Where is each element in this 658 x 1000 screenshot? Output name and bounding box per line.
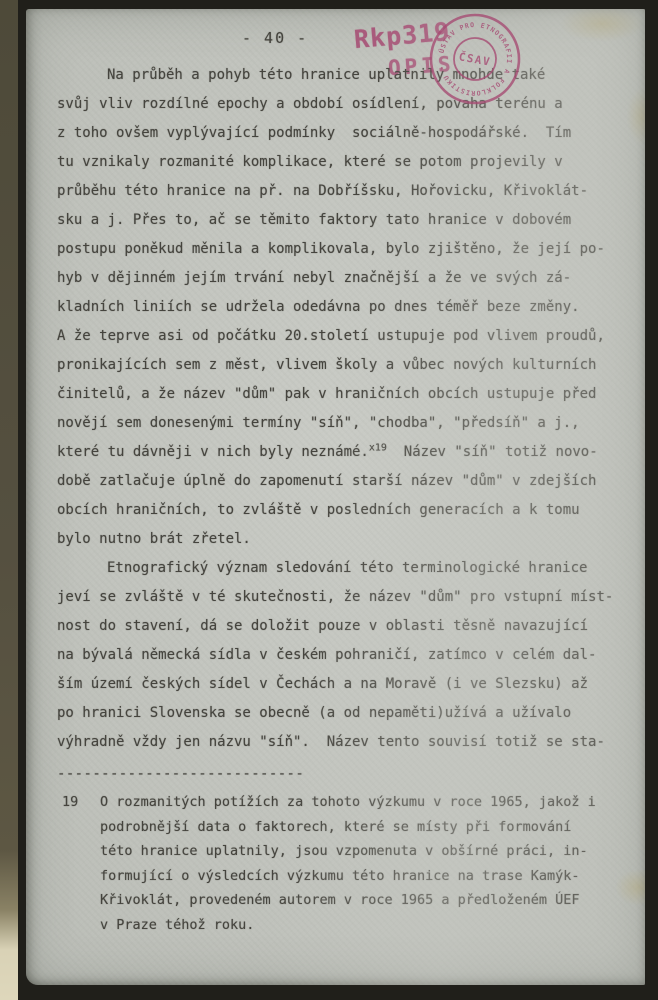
body-line: jeví se zvláště v té skutečnosti, že náz…: [57, 583, 623, 612]
body-line: postupu poněkud měnila a komplikovala, b…: [57, 235, 623, 264]
line-text: na bývalá německá sídla v českém pohrani…: [57, 647, 596, 663]
line-text: době zatlačuje úplně do zapomenutí starš…: [57, 473, 596, 489]
body-line: na bývalá německá sídla v českém pohrani…: [57, 641, 623, 670]
line-text: z toho ovšem vyplývající podmínky sociál…: [57, 125, 571, 141]
footnote-separator: ----------------------------: [57, 766, 304, 782]
footnote-line: Křivoklát, provedeném autorem v roce 196…: [100, 888, 632, 913]
body-line: výhradně vždy jen názvu "síň". Název ten…: [57, 728, 623, 757]
body-line: které tu dávněji v nich byly neznámé.x19…: [57, 438, 623, 467]
footnote-text: O rozmanitých potížích za tohoto výzkumu…: [100, 790, 632, 937]
line-text: bylo nutno brát zřetel.: [57, 531, 251, 547]
page-number: - 40 -: [242, 29, 308, 47]
footnote-reference-superscript: x19: [369, 442, 387, 453]
body-line: pronikajících sem z měst, vlivem školy a…: [57, 351, 623, 380]
body-line: sku a j. Přes to, ač se těmito faktory t…: [57, 206, 623, 235]
body-line: po hranici Slovenska se obecně (a od nep…: [57, 699, 623, 728]
body-line: době zatlačuje úplně do zapomenutí starš…: [57, 467, 623, 496]
line-text: Etnografický význam sledování této termi…: [107, 560, 587, 576]
body-line: činitelů, a že název "dům" pak v hraničn…: [57, 380, 623, 409]
body-line: obcích hraničních, to zvláště v poslední…: [57, 496, 623, 525]
body-line: kladních liniích se udržela odedávna po …: [57, 293, 623, 322]
line-text: kladních liniích se udržela odedávna po …: [57, 299, 580, 315]
body-line: z toho ovšem vyplývající podmínky sociál…: [57, 119, 623, 148]
line-text: průběhu této hranice na př. na Dobříšsku…: [57, 183, 588, 199]
footnote-line: podrobnější data o faktorech, které se m…: [100, 815, 632, 840]
footnote-line: formující o výsledcích výzkumu této hran…: [100, 864, 632, 889]
line-text: hyb v dějinném jejím trvání nebyl značně…: [57, 270, 571, 286]
line-text: podrobnější data o faktorech, které se m…: [100, 819, 571, 835]
line-text: nost do stavení, dá se doložit pouze v o…: [57, 618, 588, 634]
body-line: novějí sem donesenými termíny "síň", "ch…: [57, 409, 623, 438]
line-text: pronikajících sem z měst, vlivem školy a…: [57, 357, 596, 373]
footnote: 19 O rozmanitých potížích za tohoto výzk…: [57, 790, 632, 937]
line-text: Název "síň" totiž novo-: [387, 444, 598, 460]
line-text: ším území českých sídel v Čechách a na M…: [57, 676, 588, 692]
line-text: postupu poněkud měnila a komplikovala, b…: [57, 241, 605, 257]
round-seal-stamp: ÚSTAV PRO ETNOGRAFII A FOLKLORISTIKU • Č…: [421, 5, 530, 114]
line-text: činitelů, a že název "dům" pak v hraničn…: [57, 386, 596, 402]
footnote-number: 19: [57, 790, 100, 937]
body-line: bylo nutno brát zřetel.: [57, 525, 623, 554]
body-line: nost do stavení, dá se doložit pouze v o…: [57, 612, 623, 641]
book-edge: [0, 0, 18, 1000]
footnote-line: této hranice uplatnily, jsou vzpomenuta …: [100, 839, 632, 864]
line-text: O rozmanitých potížích za tohoto výzkumu…: [100, 794, 596, 810]
body-line: tu vznikaly rozmanité komplikace, které …: [57, 148, 623, 177]
line-text: tu vznikaly rozmanité komplikace, které …: [57, 154, 563, 170]
body-line: ším území českých sídel v Čechách a na M…: [57, 670, 623, 699]
body-line: hyb v dějinném jejím trvání nebyl značně…: [57, 264, 623, 293]
line-text: formující o výsledcích výzkumu této hran…: [100, 868, 580, 884]
typewritten-body: Na průběh a pohyb této hranice uplatnily…: [57, 61, 623, 757]
body-line: Etnografický význam sledování této termi…: [57, 554, 623, 583]
line-text: obcích hraničních, to zvláště v poslední…: [57, 502, 580, 518]
line-text: jeví se zvláště v té skutečnosti, že náz…: [57, 589, 613, 605]
line-text: Křivoklát, provedeném autorem v roce 196…: [100, 892, 580, 908]
line-text: které tu dávněji v nich byly neznámé.: [57, 444, 369, 460]
line-text: výhradně vždy jen názvu "síň". Název ten…: [57, 734, 605, 750]
footnote-line: v Praze téhož roku.: [100, 913, 632, 938]
line-text: sku a j. Přes to, ač se těmito faktory t…: [57, 212, 571, 228]
line-text: novějí sem donesenými termíny "síň", "ch…: [57, 415, 580, 431]
body-line: svůj vliv rozdílné epochy a období osídl…: [57, 90, 623, 119]
body-line: průběhu této hranice na př. na Dobříšsku…: [57, 177, 623, 206]
body-line: A že teprve asi od počátku 20.století us…: [57, 322, 623, 351]
line-text: A že teprve asi od počátku 20.století us…: [57, 328, 605, 344]
document-page: - 40 - Rkp319 OPIS ÚSTAV PRO ETNOGRAFII …: [26, 9, 645, 985]
line-text: této hranice uplatnily, jsou vzpomenuta …: [100, 843, 588, 859]
seal-center-text: ČSAV: [458, 50, 492, 68]
line-text: v Praze téhož roku.: [100, 917, 254, 933]
line-text: po hranici Slovenska se obecně (a od nep…: [57, 705, 571, 721]
footnote-line: O rozmanitých potížích za tohoto výzkumu…: [100, 790, 632, 815]
body-line: Na průběh a pohyb této hranice uplatnily…: [57, 61, 623, 90]
